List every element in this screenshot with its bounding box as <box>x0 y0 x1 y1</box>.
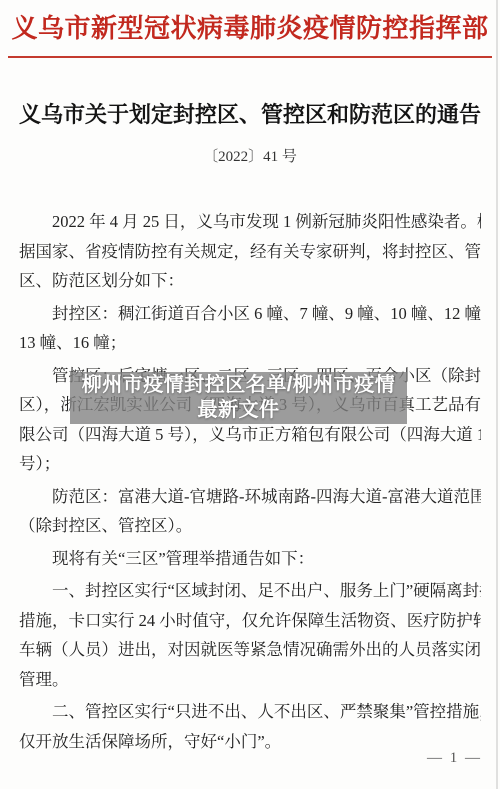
page-right-edge-line <box>496 0 498 789</box>
document-paragraph: 防范区：富港大道-官塘路-环城南路-四海大道-富港大道范围内（除封控区、管控区）… <box>19 482 481 541</box>
document-paragraph: 2022 年 4 月 25 日，义乌市发现 1 例新冠肺炎阳性感染者。根据国家、… <box>19 207 481 296</box>
document-text-line: 区、防范区划分如下： <box>19 266 481 296</box>
document-text-line: 2022 年 4 月 25 日，义乌市发现 1 例新冠肺炎阳性感染者。根 <box>19 207 481 237</box>
document-text-line: 措施，卡口实行 24 小时值守，仅允许保障生活物资、医疗防护转运 <box>19 606 481 636</box>
document-paragraph: 一、封控区实行“区域封闭、足不出户、服务上门”硬隔离封控措施，卡口实行 24 小… <box>19 576 481 694</box>
document-text-line: 车辆（人员）进出，对因就医等紧急情况确需外出的人员落实闭环 <box>19 635 481 665</box>
document-page: 义乌市新型冠状病毒肺炎疫情防控指挥部 义乌市关于划定封控区、管控区和防范区的通告… <box>0 0 500 789</box>
watermark-overlay-line2: 最新文件 <box>198 398 280 423</box>
document-text-line: 号）； <box>19 449 481 479</box>
watermark-overlay: 柳州市疫情封控区名单/柳州市疫情 最新文件 <box>70 372 407 424</box>
red-divider-line <box>8 56 492 58</box>
document-paragraph: 二、管控区实行“只进不出、人不出区、严禁聚集”管控措施，仅开放生活保障场所，守好… <box>19 697 481 756</box>
notice-doc-number: 〔2022〕41 号 <box>0 145 500 166</box>
page-number: — 1 — <box>427 750 482 767</box>
document-text-line: 13 幢、16 幢； <box>19 328 481 358</box>
document-text-line: （除封控区、管控区）。 <box>19 511 481 541</box>
document-paragraph: 封控区：稠江街道百合小区 6 幢、7 幢、9 幢、10 幢、12 幢、13 幢、… <box>19 299 481 358</box>
document-text-line: 据国家、省疫情防控有关规定，经有关专家研判，将封控区、管控 <box>19 237 481 267</box>
notice-title: 义乌市关于划定封控区、管控区和防范区的通告 <box>0 100 500 130</box>
document-text-line: 管理。 <box>19 665 481 695</box>
watermark-overlay-line1: 柳州市疫情封控区名单/柳州市疫情 <box>82 373 396 398</box>
document-text-line: 封控区：稠江街道百合小区 6 幢、7 幢、9 幢、10 幢、12 幢、 <box>19 299 481 329</box>
document-text-line: 现将有关“三区”管理举措通告如下： <box>19 544 481 574</box>
document-body: 2022 年 4 月 25 日，义乌市发现 1 例新冠肺炎阳性感染者。根据国家、… <box>19 207 481 759</box>
document-text-line: 仅开放生活保障场所，守好“小门”。 <box>19 727 481 757</box>
agency-header-title: 义乌市新型冠状病毒肺炎疫情防控指挥部 <box>0 12 500 46</box>
document-text-line: 防范区：富港大道-官塘路-环城南路-四海大道-富港大道范围内 <box>19 482 481 512</box>
document-text-line: 一、封控区实行“区域封闭、足不出户、服务上门”硬隔离封控 <box>19 576 481 606</box>
document-text-line: 二、管控区实行“只进不出、人不出区、严禁聚集”管控措施， <box>19 697 481 727</box>
document-paragraph: 现将有关“三区”管理举措通告如下： <box>19 544 481 574</box>
